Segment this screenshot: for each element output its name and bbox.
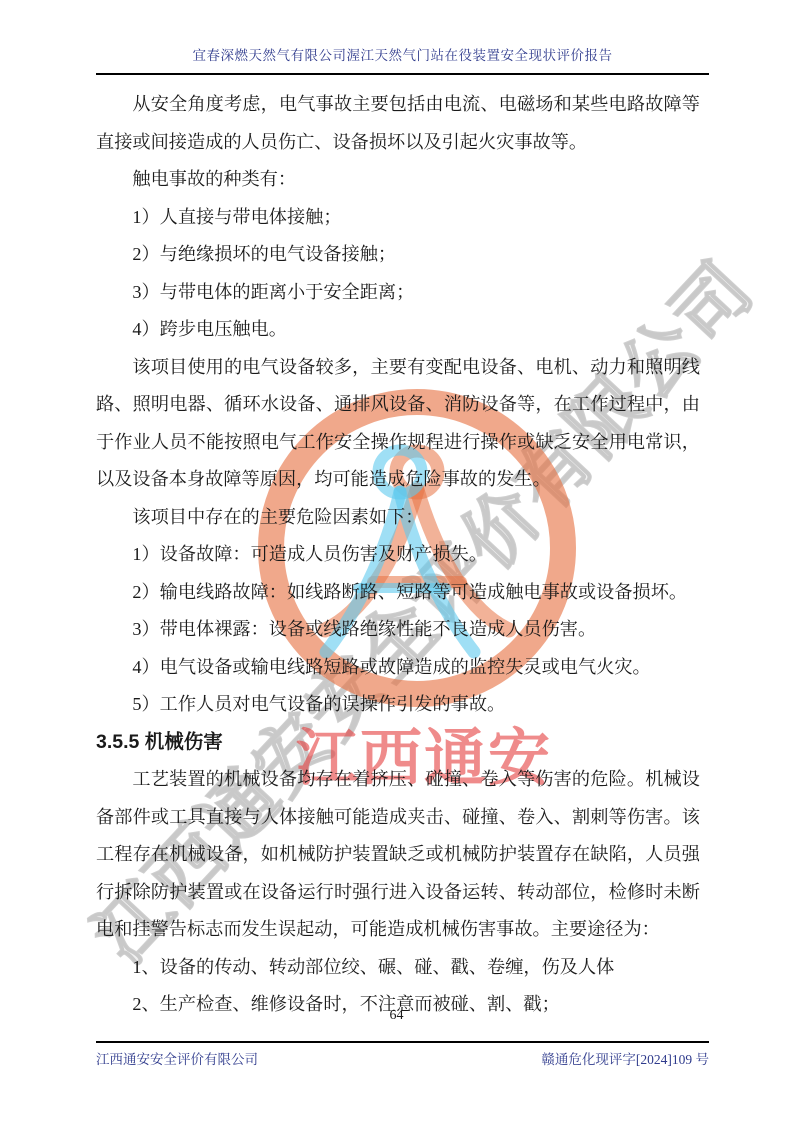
page-number: 64 (0, 1008, 793, 1024)
paragraph: 1）人直接与带电体接触； (96, 199, 700, 237)
paragraph: 1、设备的传动、转动部位绞、碾、碰、戳、卷缠，伤及人体 (96, 949, 700, 987)
report-header-title: 宜春深燃天然气有限公司渥江天然气门站在役装置安全现状评价报告 (96, 44, 709, 75)
footer-doc-number: 赣通危化现评字[2024]109 号 (541, 1048, 709, 1068)
paragraph: 1）设备故障：可造成人员伤害及财产损失。 (96, 536, 700, 574)
paragraph: 5）工作人员对电气设备的误操作引发的事故。 (96, 686, 700, 724)
document-page: 江西通安安全评价有限公司 江西通安 宜春深燃天然气有限公司渥江天然气门站在役装置… (0, 0, 793, 1122)
paragraph: 3）带电体裸露：设备或线路绝缘性能不良造成人员伤害。 (96, 611, 700, 649)
section-heading: 3.5.5 机械伤害 (96, 724, 700, 762)
page-footer: 江西通安安全评价有限公司 赣通危化现评字[2024]109 号 (96, 1041, 709, 1068)
document-body: 从安全角度考虑，电气事故主要包括由电流、电磁场和某些电路故障等直接或间接造成的人… (96, 86, 700, 1024)
paragraph: 从安全角度考虑，电气事故主要包括由电流、电磁场和某些电路故障等直接或间接造成的人… (96, 86, 700, 161)
paragraph: 触电事故的种类有： (96, 161, 700, 199)
paragraph: 3）与带电体的距离小于安全距离； (96, 274, 700, 312)
paragraph: 4）跨步电压触电。 (96, 311, 700, 349)
paragraph: 2）与绝缘损坏的电气设备接触； (96, 236, 700, 274)
paragraph: 2）输电线路故障：如线路断路、短路等可造成触电事故或设备损坏。 (96, 574, 700, 612)
paragraph: 该项目使用的电气设备较多，主要有变配电设备、电机、动力和照明线路、照明电器、循环… (96, 349, 700, 499)
paragraph: 该项目中存在的主要危险因素如下： (96, 499, 700, 537)
paragraph: 工艺装置的机械设备均存在着挤压、碰撞、卷入等伤害的危险。机械设备部件或工具直接与… (96, 761, 700, 949)
paragraph: 4）电气设备或输电线路短路或故障造成的监控失灵或电气火灾。 (96, 649, 700, 687)
footer-company: 江西通安安全评价有限公司 (96, 1048, 258, 1068)
